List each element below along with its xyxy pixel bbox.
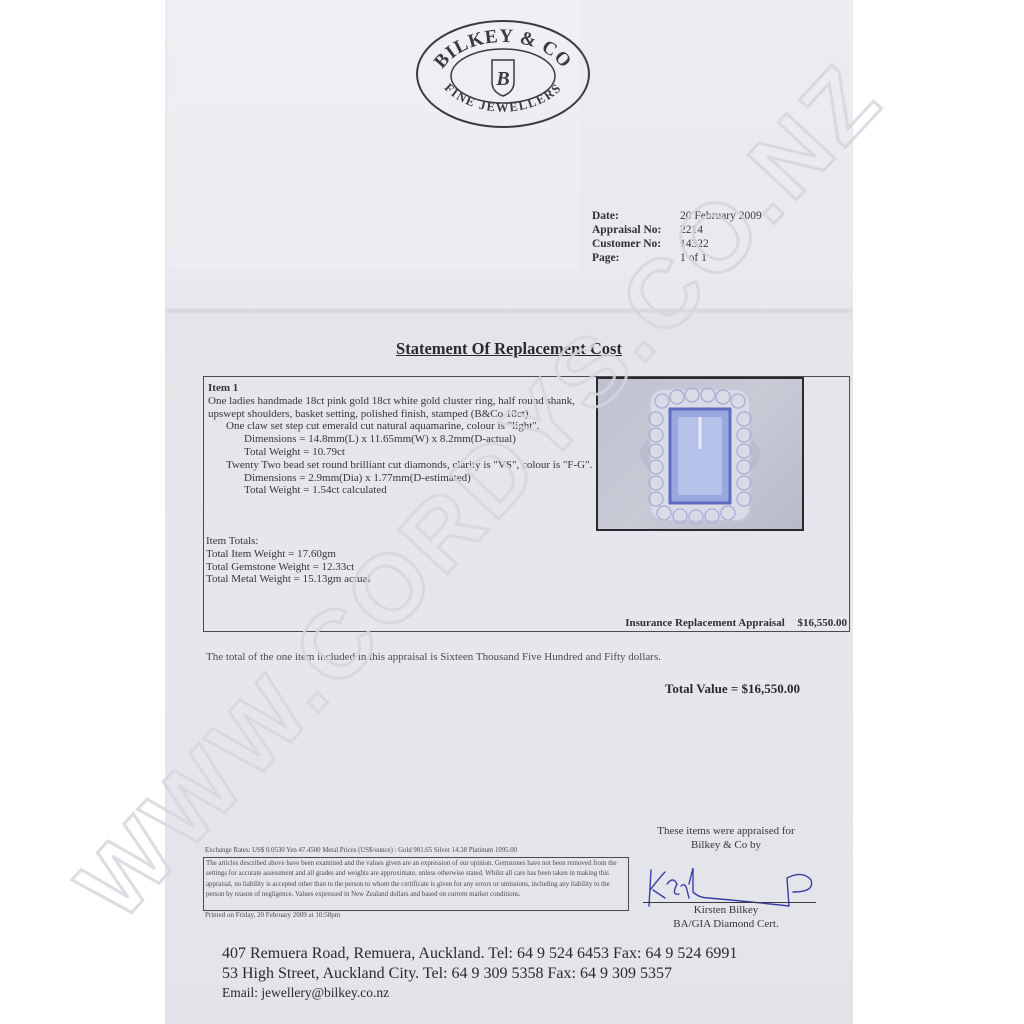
summary-words: The total of the one item included in th…	[206, 651, 661, 663]
signer-title: BA/GIA Diamond Cert.	[635, 918, 817, 932]
printed-timestamp: Printed on Friday, 20 February 2009 at 1…	[205, 911, 340, 919]
item-description: Item 1 One ladies handmade 18ct pink gol…	[208, 382, 593, 497]
item-line: Dimensions = 14.8mm(L) x 11.65mm(W) x 8.…	[208, 433, 593, 446]
item-line: One ladies handmade 18ct pink gold 18ct …	[208, 395, 593, 421]
appraisal-label: Insurance Replacement Appraisal	[625, 617, 785, 629]
disclaimer: The articles described above have been e…	[203, 857, 629, 911]
total-metal-weight: Total Metal Weight = 15.13gm actual	[206, 573, 370, 586]
meta-date: Date:20 February 2009	[592, 209, 762, 223]
item-line: Total Weight = 1.54ct calculated	[208, 484, 593, 497]
appraisal-document: BILKEY & CO FINE JEWELLERS B Date:20 Feb…	[165, 0, 853, 1024]
appraisal-value: $16,550.00	[798, 617, 848, 629]
ring-image	[598, 379, 802, 529]
document-meta: Date:20 February 2009 Appraisal No:2214 …	[592, 209, 762, 265]
item-line: One claw set step cut emerald cut natura…	[208, 420, 593, 433]
address-email: Email: jewellery@bilkey.co.nz	[222, 983, 737, 1003]
bilkey-logo: BILKEY & CO FINE JEWELLERS B	[414, 18, 592, 130]
item-totals: Item Totals: Total Item Weight = 17.60gm…	[206, 535, 370, 586]
document-title: Statement Of Replacement Cost	[165, 339, 853, 359]
logo-monogram: B	[495, 68, 509, 90]
totals-heading: Item Totals:	[206, 535, 370, 548]
item-lines: One ladies handmade 18ct pink gold 18ct …	[208, 395, 593, 497]
ring-photo	[596, 377, 804, 531]
item-line: Twenty Two bead set round brilliant cut …	[208, 459, 593, 472]
company-address: 407 Remuera Road, Remuera, Auckland. Tel…	[222, 944, 737, 1003]
signer: Kirsten Bilkey BA/GIA Diamond Cert.	[635, 904, 817, 931]
address-line-1: 407 Remuera Road, Remuera, Auckland. Tel…	[222, 944, 737, 964]
item-line: Total Weight = 10.79ct	[208, 446, 593, 459]
appraised-by: These items were appraised for Bilkey & …	[635, 824, 817, 852]
item-heading: Item 1	[208, 382, 593, 395]
address-line-2: 53 High Street, Auckland City. Tel: 64 9…	[222, 964, 737, 984]
meta-page: Page:1 of 1	[592, 251, 762, 265]
meta-customer-no: Customer No:14322	[592, 237, 762, 251]
meta-appraisal-no: Appraisal No:2214	[592, 223, 762, 237]
signer-name: Kirsten Bilkey	[635, 904, 817, 918]
paper-fold	[165, 308, 853, 314]
signature-line	[643, 902, 816, 903]
exchange-rates: Exchange Rates: US$ 0.0530 Yen 47.4500 M…	[205, 847, 517, 854]
item-box: Item 1 One ladies handmade 18ct pink gol…	[203, 376, 850, 632]
total-value: Total Value = $16,550.00	[665, 681, 800, 697]
total-gemstone-weight: Total Gemstone Weight = 12.33ct	[206, 561, 370, 574]
item-line: Dimensions = 2.9mm(Dia) x 1.77mm(D-estim…	[208, 472, 593, 485]
insurance-appraisal: Insurance Replacement Appraisal $16,550.…	[625, 617, 847, 629]
total-item-weight: Total Item Weight = 17.60gm	[206, 548, 370, 561]
